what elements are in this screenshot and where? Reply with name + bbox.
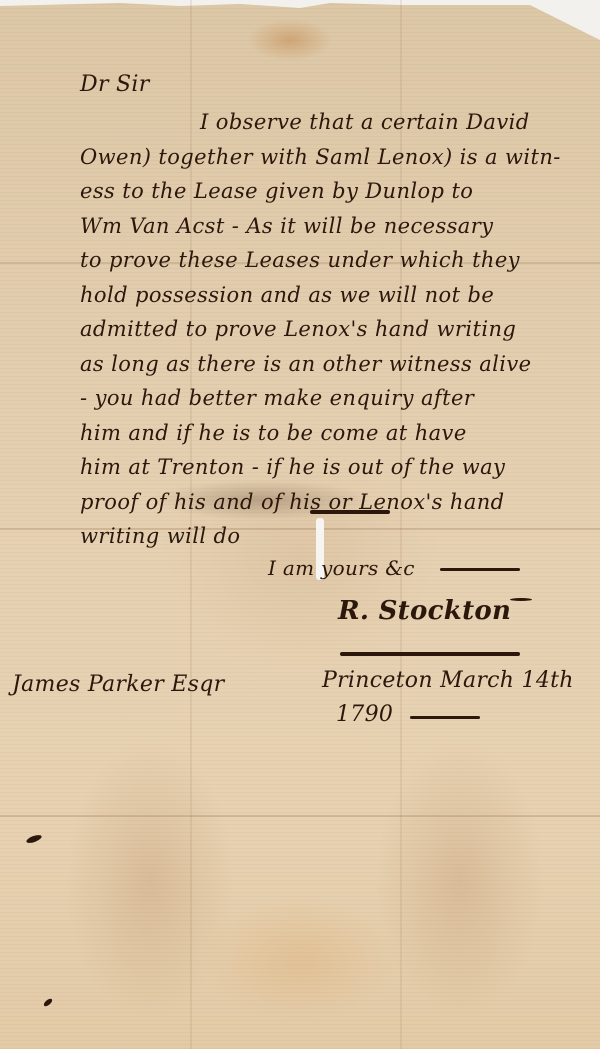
- ink-flourish: [440, 568, 520, 571]
- body-line: writing will do: [80, 519, 600, 554]
- signature-flourish: [340, 652, 520, 656]
- place-date: Princeton March 14th: [322, 668, 574, 693]
- body-line: ess to the Lease given by Dunlop to: [80, 174, 600, 209]
- body-line: as long as there is an other witness ali…: [80, 347, 600, 382]
- closing: I am yours &c: [268, 556, 415, 580]
- ink-blot: [510, 598, 532, 601]
- signature: R. Stockton: [338, 596, 511, 626]
- ink-flourish: [310, 510, 390, 514]
- body-line: I observe that a certain David: [80, 105, 600, 140]
- body-line: him and if he is to be come at have: [80, 416, 600, 451]
- fold-line: [0, 815, 600, 817]
- body-line: Wm Van Acst - As it will be necessary: [80, 209, 600, 244]
- letter-body: I observe that a certain David Owen) tog…: [80, 105, 600, 554]
- body-line: Owen) together with Saml Lenox) is a wit…: [80, 140, 600, 175]
- body-line: admitted to prove Lenox's hand writing: [80, 312, 600, 347]
- recipient: James Parker Esqr: [12, 672, 224, 697]
- body-line: hold possession and as we will not be: [80, 278, 600, 313]
- salutation: Dr Sir: [80, 72, 150, 97]
- body-line: to prove these Leases under which they: [80, 243, 600, 278]
- body-line: him at Trenton - if he is out of the way: [80, 450, 600, 485]
- body-line: - you had better make enquiry after: [80, 381, 600, 416]
- year: 1790: [336, 702, 393, 727]
- ink-flourish: [410, 716, 480, 719]
